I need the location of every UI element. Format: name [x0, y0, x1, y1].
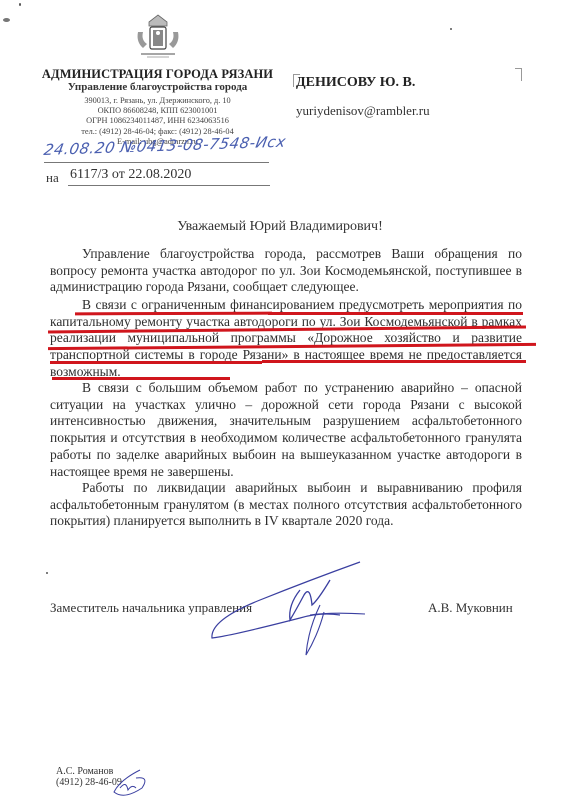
paragraph-4-text: Работы по ликвидации аварийных выбоин и … [50, 480, 522, 528]
org-okpo-kpp: ОКПО 86608248, КПП 623001001 [30, 106, 285, 116]
reference-label: на [46, 170, 59, 186]
org-title: АДМИНИСТРАЦИЯ ГОРОДА РЯЗАНИ [30, 67, 285, 82]
scan-speck [3, 18, 10, 22]
scan-speck [450, 28, 452, 30]
scan-speck [46, 572, 48, 574]
registration-line [44, 162, 269, 163]
handwritten-signature [200, 560, 380, 660]
paragraph-3: В связи с большим объемом работ по устра… [50, 380, 522, 480]
paragraph-2-highlighted: В связи с ограниченным финансированием п… [50, 297, 522, 381]
reference-number: 6117/З от 22.08.2020 [70, 167, 191, 183]
red-underline-4b [262, 360, 526, 363]
paragraph-3-text: В связи с большим объемом работ по устра… [50, 380, 522, 479]
org-subtitle: Управление благоустройства города [30, 81, 285, 93]
red-underline-1b [268, 312, 523, 315]
org-ogrn-inn: ОГРН 1086234011487, ИНН 6234063516 [30, 116, 285, 126]
salutation: Уважаемый Юрий Владимирович! [40, 219, 520, 235]
reference-underline-tail [190, 185, 270, 186]
signatory-name: А.В. Муковнин [428, 600, 513, 616]
coat-of-arms-icon [135, 12, 181, 62]
address-bracket-right [515, 68, 522, 81]
scan-speck [19, 3, 21, 6]
paragraph-1-text: Управление благоустройства города, рассм… [50, 246, 522, 294]
recipient-name: ДЕНИСОВУ Ю. В. [296, 75, 415, 91]
paragraph-2-text: В связи с ограниченным финансированием п… [50, 297, 522, 379]
paragraph-4: Работы по ликвидации аварийных выбоин и … [50, 480, 522, 530]
executor-initials-signature [100, 766, 150, 800]
red-underline-4a [50, 361, 262, 364]
paragraph-1: Управление благоустройства города, рассм… [50, 246, 522, 296]
org-address: 390013, г. Рязань, ул. Дзержинского, д. … [30, 96, 285, 106]
recipient-email: yuriydenisov@rambler.ru [296, 103, 430, 119]
